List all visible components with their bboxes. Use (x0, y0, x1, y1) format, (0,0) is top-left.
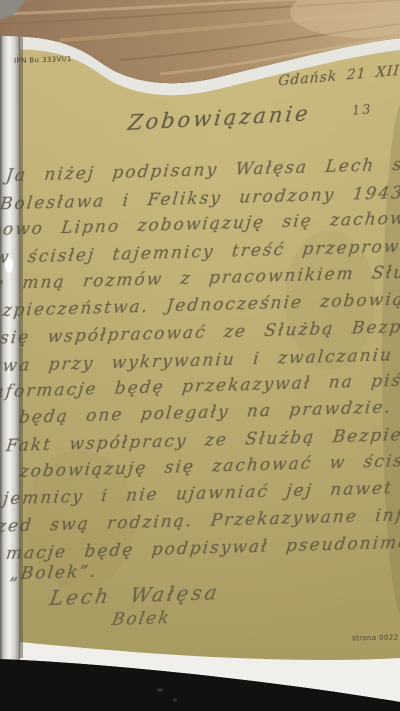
handwritten-line: przed swą rodziną. Przekazywane infor (0, 505, 400, 538)
handwritten-line: macje będę podpisywał pseudonimem (5, 532, 400, 564)
document-text-layer: IPN Bu 333VI/1 Gdańsk 21 XII 1970 13 Zob… (0, 0, 400, 711)
handwritten-line: „Bolek”. (9, 562, 99, 585)
handwritten-line: ze mną rozmów z pracownikiem Służby (0, 262, 400, 295)
handwritten-line: w ścisłej tajemnicy treść przeprowadzony… (0, 234, 400, 268)
handwritten-line: się współpracować ze Służbą Bezpiecze (0, 316, 400, 349)
photo-of-document: IPN Bu 333VI/1 Gdańsk 21 XII 1970 13 Zob… (0, 0, 400, 711)
handwritten-line: Fakt współpracy ze Służbą Bezpieczeń (5, 424, 400, 456)
handwritten-line: Ja niżej podpisany Wałęsa Lech syn (5, 154, 400, 186)
page-number: 13 (352, 102, 374, 118)
document-title: Zobowiązanie (127, 101, 313, 135)
handwritten-line: tajemnicy i nie ujawniać jej nawet (0, 478, 394, 510)
handwritten-line: i będą one polegały na prawdzie. (0, 397, 393, 428)
scan-number: strona 0022 (352, 634, 399, 643)
handwritten-line: Bolesława i Feliksy urodzony 1943 r. w P… (0, 180, 400, 215)
pseudonym-signature: Bolek (110, 608, 172, 630)
date-line: Gdańsk 21 XII 1970 (278, 58, 400, 89)
handwritten-line: Bezpieczeństwa. Jednocześnie zobowiązuję (0, 288, 400, 321)
handwritten-line: stwa zobowiązuję się zachować w ścisłej (0, 450, 400, 483)
archival-stamp: IPN Bu 333VI/1 (14, 55, 72, 65)
signature: Lech Wałęsa (48, 580, 222, 610)
